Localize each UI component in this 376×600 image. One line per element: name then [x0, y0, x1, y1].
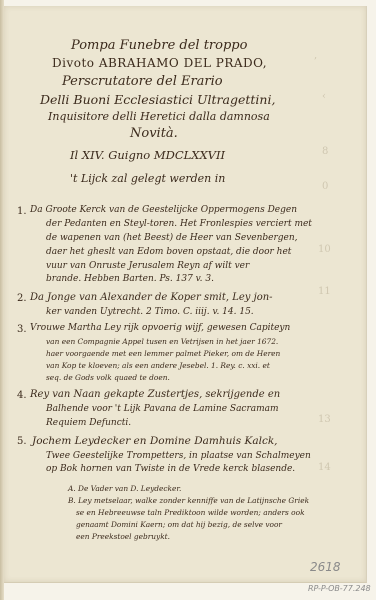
item-1-line-1: Da Groote Kerck van de Geestelijcke Oppe…	[30, 205, 297, 215]
item-number: 4.	[17, 390, 27, 401]
item-5-line-2: Twee Geestelijke Trompetters, in plaatse…	[46, 451, 311, 461]
title-line-1: Pompa Funebre del troppo	[71, 38, 247, 53]
bleed-mark: 10	[318, 244, 331, 255]
item-4-line-2: Balhende voor 't Lijk Pavana de Lamine S…	[46, 404, 279, 414]
item-number: 1.	[17, 206, 27, 217]
item-2-line-1: Da Jonge van Alexander de Koper smit, Le…	[30, 292, 273, 303]
item-3-line-3: haer voorgaende met een lemmer palmet Pi…	[46, 349, 280, 358]
bleed-mark: 8	[322, 146, 328, 157]
item-1-line-2: der Pedanten en Steyl-toren. Het Fronles…	[46, 219, 312, 229]
item-number: 5.	[17, 436, 27, 447]
item-4-line-3: Requiem Defuncti.	[46, 418, 131, 428]
note-b-line-3: genaamt Domini Kaern; om dat hij bezig, …	[76, 520, 282, 529]
bleed-mark: 0	[322, 181, 328, 192]
bleed-mark: 11	[318, 286, 331, 297]
item-2-line-2: ker vanden Uytrecht. 2 Timo. C. iiij. v.…	[46, 307, 254, 317]
note-b-line-4: een Preekstoel gebruykt.	[76, 532, 170, 541]
item-3-line-5: seq. de Gods volk quaed te doen.	[46, 373, 170, 382]
item-4-line-1: Rey van Naan gekapte Zustertjes, sekrijg…	[30, 389, 280, 400]
note-a: A. De Vader van D. Leydecker.	[68, 484, 181, 493]
title-line-6: Novità.	[130, 126, 178, 141]
note-b-line-1: B. Ley metselaar, walke zonder kenniffe …	[68, 496, 309, 505]
date-line: Il XIV. Guigno MDCLXXVII	[70, 148, 225, 162]
inventory-number: RP-P-OB-77.248	[308, 584, 371, 593]
item-3-line-4: van Kop te kloeven; als een andere Jeseb…	[46, 361, 270, 370]
title-line-4: Delli Buoni Ecclesiastici Ultragettini,	[40, 92, 275, 107]
bleed-mark: ‹	[322, 91, 326, 102]
item-1-line-3: de wapenen van (het Beest) de Heer van S…	[46, 233, 298, 243]
title-line-3: Perscrutatore del Erario	[62, 74, 223, 89]
item-5-line-3: op Bok hornen van Twiste in de Vrede ker…	[46, 464, 295, 474]
item-1-line-4: daer het gheslt van Edom boven opstaat, …	[46, 247, 291, 257]
title-line-5: Inquisitore delli Heretici dalla damnosa	[48, 110, 270, 123]
item-3-line-2: van een Compagnie Appel tusen en Vetrijs…	[46, 337, 278, 346]
manuscript-page: , ‹ 8 0 10 11 13 14 Pompa Funebre del tr…	[4, 6, 367, 583]
item-5-line-1: Jochem Leydecker en Domine Damhuis Kalck…	[32, 435, 278, 447]
item-1-line-5: vuur van Onruste Jerusalem Reyn af wilt …	[46, 261, 249, 271]
title-line-2: Divoto ABRAHAMO DEL PRADO,	[52, 56, 267, 70]
bleed-mark: ,	[314, 50, 317, 61]
intro-line: 't Lijck zal gelegt werden in	[70, 172, 225, 185]
item-3-line-1: Vrouwe Martha Ley rijk opvoerig wijf, ge…	[30, 323, 290, 333]
pencil-folio-number: 2618	[310, 560, 341, 574]
bleed-mark: 14	[318, 462, 331, 473]
item-number: 2.	[17, 293, 27, 304]
note-b-line-2: se en Hebreeuwse taln Prediktoon wilde w…	[76, 508, 305, 517]
item-number: 3.	[17, 324, 27, 335]
bleed-mark: 13	[318, 414, 331, 425]
item-1-line-6: brande. Hebben Barten. Ps. 137 v. 3.	[46, 274, 214, 284]
